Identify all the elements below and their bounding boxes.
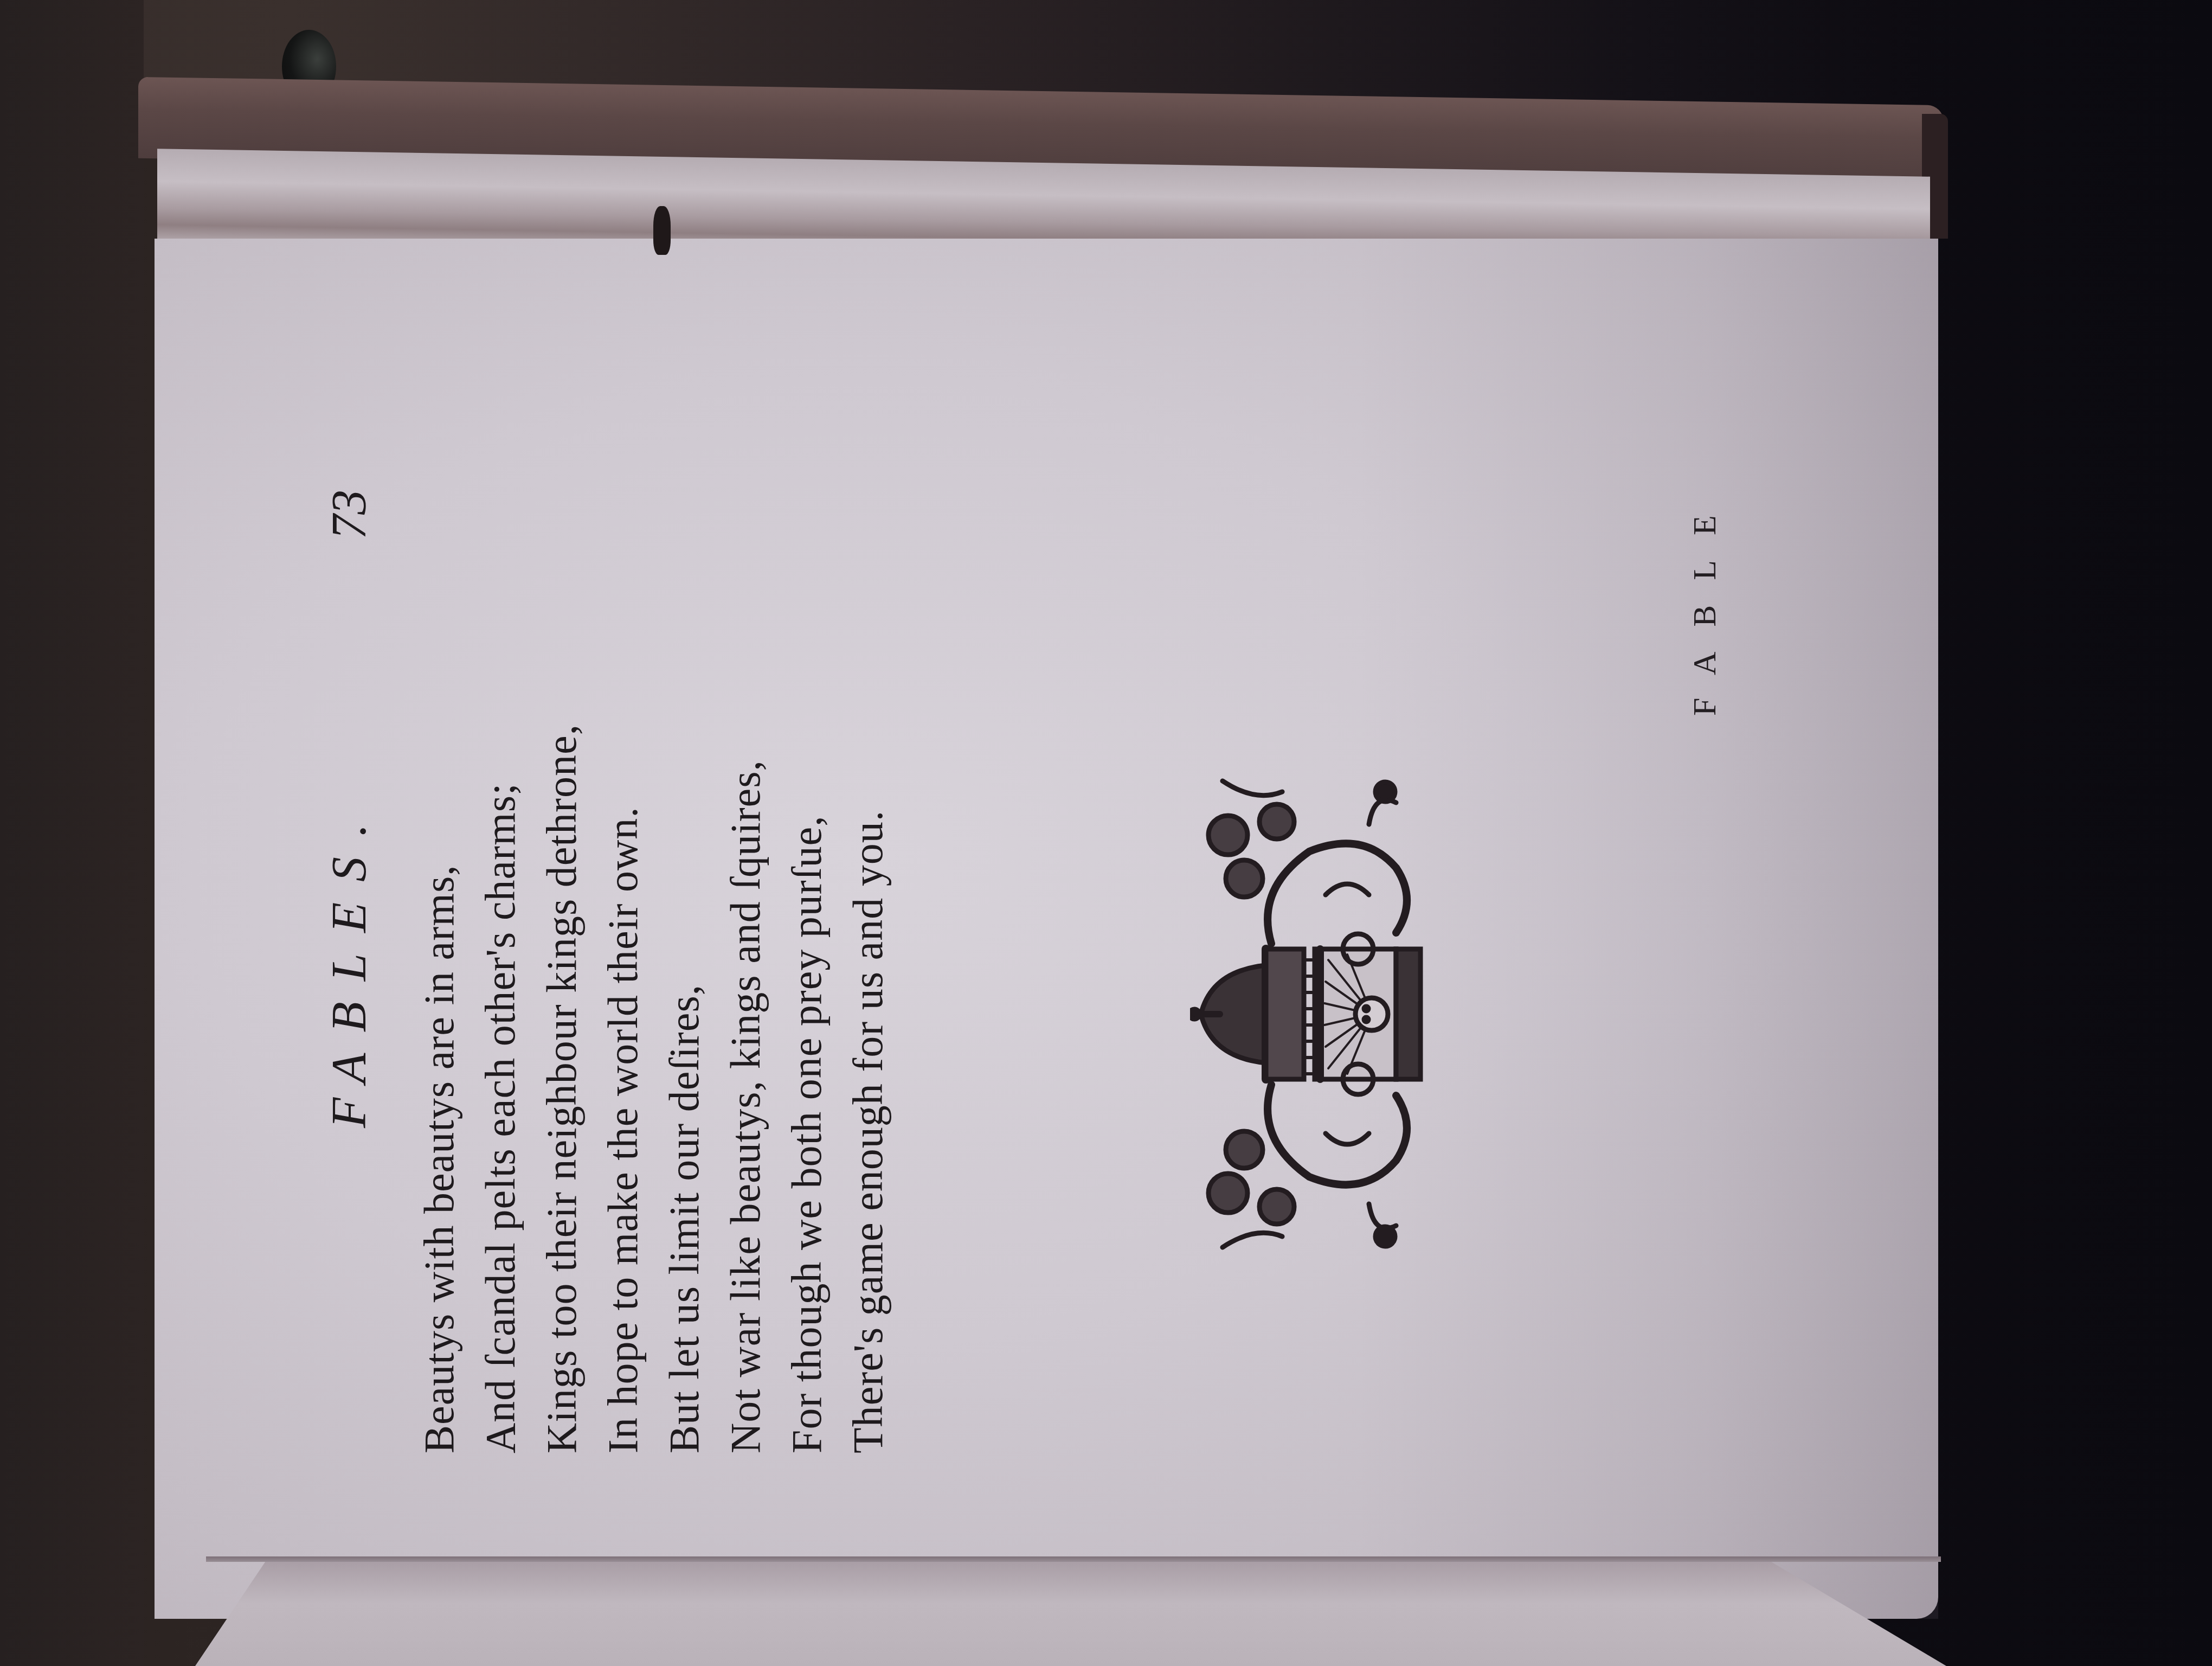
catchword: FABLE: [1686, 490, 1724, 716]
verse-line: In hope to make the world their own.: [599, 806, 647, 1453]
page-text-block: FABLES. 73 Beautys with beautys are in a…: [304, 445, 927, 1475]
verse-line: Kings too their neighbour kings dethrone…: [537, 724, 586, 1453]
verse-line: There's game enough for us and you.: [844, 810, 892, 1453]
ink-stain: [653, 206, 671, 255]
page-shadow: [1355, 239, 1938, 1619]
verse-line: And ſcandal pelts each other's charms;: [476, 783, 525, 1453]
page-number: 73: [320, 490, 377, 540]
verse-line: Not war like beautys, kings and ſquires,: [721, 760, 770, 1453]
book-gutter: [206, 1556, 1941, 1562]
verse-line: But let us limit our deſires,: [660, 984, 709, 1453]
running-head: FABLES.: [320, 803, 377, 1128]
background-doorframe: [0, 0, 144, 1666]
facing-page-edge: [195, 1562, 1946, 1666]
printers-ornament-icon: [1190, 770, 1423, 1258]
verse-line: For though we both one prey purſue,: [782, 815, 831, 1453]
verse-line: Beautys with beautys are in arms,: [415, 864, 464, 1453]
